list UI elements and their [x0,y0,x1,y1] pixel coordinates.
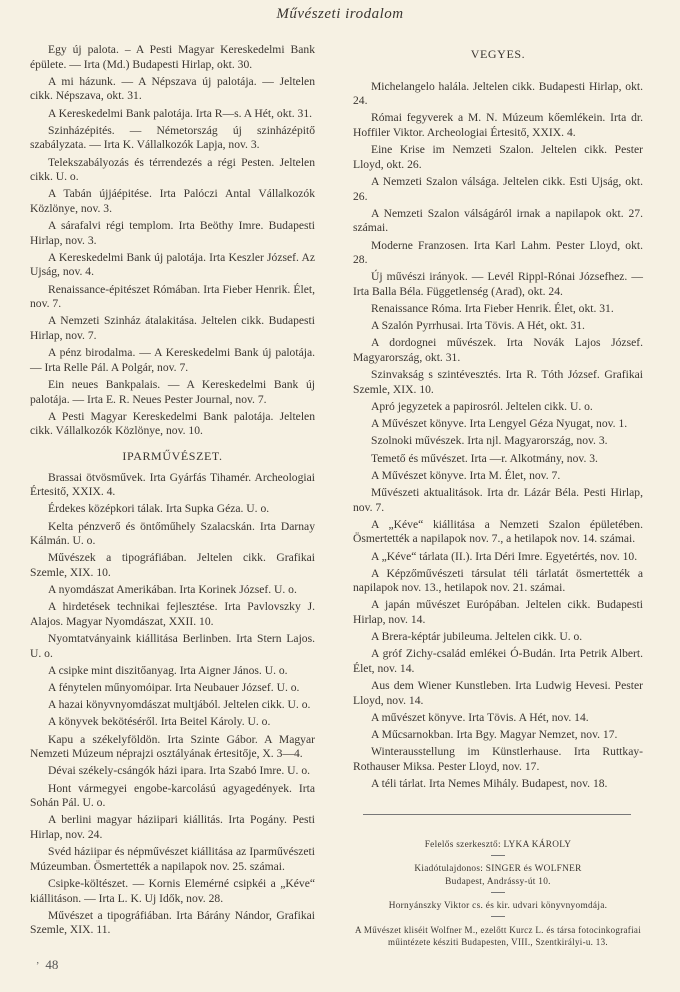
bibliography-entry: A Szalón Pyrrhusai. Irta Tövis. A Hét, o… [353,319,643,334]
print-mark: ’ [36,961,39,972]
bibliography-entry: Érdekes középkori tálak. Irta Supka Géza… [30,502,315,517]
bibliography-entry: Kapu a székelyföldön. Irta Szinte Gábor.… [30,733,315,762]
bibliography-entry: Eine Krise im Nemzeti Szalon. Jeltelen c… [353,143,643,172]
imprint-printer: Hornyánszky Viktor cs. és kir. udvari kö… [353,900,643,913]
bibliography-entry: Ein neues Bankpalais. — A Kereskedelmi B… [30,378,315,407]
bibliography-entry: A Nemzeti Szinház átalakitása. Jeltelen … [30,314,315,343]
bibliography-entry: Művészek a tipográfiában. Jeltelen cikk.… [30,551,315,580]
bibliography-entry: Csipke-költészet. — Kornis Elemérné csip… [30,877,315,906]
bibliography-entry: A Pesti Magyar Kereskedelmi Bank palotáj… [30,410,315,439]
left-column: Egy új palota. – A Pesti Magyar Keresked… [30,43,315,940]
bibliography-entry: A Kereskedelmi Bank palotája. Irta R—s. … [30,107,315,122]
bibliography-entry: A Nemzeti Szalon válsága. Jeltelen cikk.… [353,175,643,204]
bibliography-entry: A Művészet könyve. Irta M. Élet, nov. 7. [353,469,643,484]
bibliography-entry: A művészet könyve. Irta Tövis. A Hét, no… [353,711,643,726]
bibliography-entry: A csipke mint diszitőanyag. Irta Aigner … [30,664,315,679]
bibliography-entry: A fénytelen műnyomóipar. Irta Neubauer J… [30,681,315,696]
bibliography-entry: Római fegyverek a M. N. Múzeum kőemlékei… [353,111,643,140]
bibliography-entry: Apró jegyzetek a papirosról. Jeltelen ci… [353,400,643,415]
bibliography-entry: Kelta pénzverő és öntőműhely Szalacskán.… [30,520,315,549]
bibliography-entry: Nyomtatványaink kiállitása Berlinben. Ir… [30,632,315,661]
bibliography-entry: A Művészet könyve. Irta Lengyel Géza Nyu… [353,417,643,432]
imprint-address: Budapest, Andrássy-út 10. [353,876,643,889]
bibliography-entry: Renaissance-épitészet Rómában. Irta Fieb… [30,283,315,312]
running-head: Művészeti irodalom [0,6,680,23]
imprint-editor: Felelős szerkesztő: LYKA KÁROLY [353,839,643,852]
bibliography-entry: Művészeti aktualitások. Irta dr. Lázár B… [353,486,643,515]
bibliography-entry: A pénz birodalma. — A Kereskedelmi Bank … [30,346,315,375]
bibliography-entry: A nyomdászat Amerikában. Irta Korinek Jó… [30,583,315,598]
bibliography-entry: Hont vármegyei engobe-karcolású agyagedé… [30,782,315,811]
page-number-value: 48 [45,957,58,972]
section-title-iparmuveszet: IPARMŰVÉSZET. [30,449,315,464]
bibliography-entry: Dévai székely-csángók házi ipara. Irta S… [30,764,315,779]
bibliography-entry: A Brera-képtár jubileuma. Jeltelen cikk.… [353,630,643,645]
bibliography-entry: Telekszabályozás és térrendezés a régi P… [30,156,315,185]
bibliography-entry: Aus dem Wiener Kunstleben. Irta Ludwig H… [353,679,643,708]
imprint-divider [363,814,631,815]
bibliography-entry: Szinvakság s szintévesztés. Irta R. Tóth… [353,368,643,397]
bibliography-entry: A berlini magyar háziipari kiállitás. Ir… [30,813,315,842]
bibliography-entry: A mi házunk. — A Népszava új palotája. —… [30,75,315,104]
short-divider [491,892,505,893]
bibliography-entry: A japán művészet Európában. Jeltelen cik… [353,598,643,627]
bibliography-entry: A téli tárlat. Irta Nemes Mihály. Budape… [353,777,643,792]
bibliography-entry: Művészet a tipográfiában. Irta Bárány Ná… [30,909,315,938]
bibliography-entry: Winterausstellung im Künstlerhause. Irta… [353,745,643,774]
bibliography-entry: A „Kéve“ tárlata (II.). Irta Déri Imre. … [353,550,643,565]
right-column: VEGYES. Michelangelo halála. Jeltelen ci… [353,47,643,949]
bibliography-entry: Temető és művészet. Irta —r. Alkotmány, … [353,452,643,467]
bibliography-entry: A Képzőművészeti társulat téli tárlatát … [353,567,643,596]
bibliography-entry: Szinházépités. — Németország új szinházé… [30,124,315,153]
bibliography-entry: A Nemzeti Szalon válságáról irnak a napi… [353,207,643,236]
bibliography-entry: Moderne Franzosen. Irta Karl Lahm. Peste… [353,239,643,268]
bibliography-entry: Brassai ötvösművek. Irta Gyárfás Tihamér… [30,471,315,500]
bibliography-entry: Egy új palota. – A Pesti Magyar Keresked… [30,43,315,72]
bibliography-entry: A könyvek bekötéséről. Irta Beitel Károl… [30,715,315,730]
bibliography-entry: Új művészi irányok. — Levél Rippl-Rónai … [353,270,643,299]
bibliography-entry: A Műcsarnokban. Irta Bgy. Magyar Nemzet,… [353,728,643,743]
bibliography-entry: A „Kéve“ kiállitása a Nemzeti Szalon épü… [353,518,643,547]
imprint-cliches: A Művészet kliséit Wolfner M., ezelőtt K… [355,924,641,949]
bibliography-entry: A Kereskedelmi Bank új palotája. Irta Ke… [30,251,315,280]
bibliography-entry: A sárafalvi régi templom. Irta Beöthy Im… [30,219,315,248]
bibliography-entry: Svéd háziipar és népművészet kiállitása … [30,845,315,874]
page-number: ’48 [36,957,58,973]
bibliography-entry: A dordognei művészek. Irta Novák Lajos J… [353,336,643,365]
bibliography-entry: Szolnoki művészek. Irta njl. Magyarorszá… [353,434,643,449]
short-divider [491,855,505,856]
bibliography-entry: A Tabán újjáépitése. Irta Palóczi Antal … [30,187,315,216]
bibliography-entry: A hazai könyvnyomdászat multjából. Jelte… [30,698,315,713]
bibliography-entry: Renaissance Róma. Irta Fieber Henrik. Él… [353,302,643,317]
section-title-vegyes: VEGYES. [353,47,643,62]
bibliography-entry: Michelangelo halála. Jeltelen cikk. Buda… [353,80,643,109]
imprint: Felelős szerkesztő: LYKA KÁROLY Kiadótul… [353,839,643,949]
bibliography-entry: A gróf Zichy-család emlékei Ó-Budán. Irt… [353,647,643,676]
imprint-publisher: Kiadótulajdonos: SINGER és WOLFNER [353,863,643,876]
short-divider [491,916,505,917]
bibliography-entry: A hirdetések technikai fejlesztése. Irta… [30,600,315,629]
